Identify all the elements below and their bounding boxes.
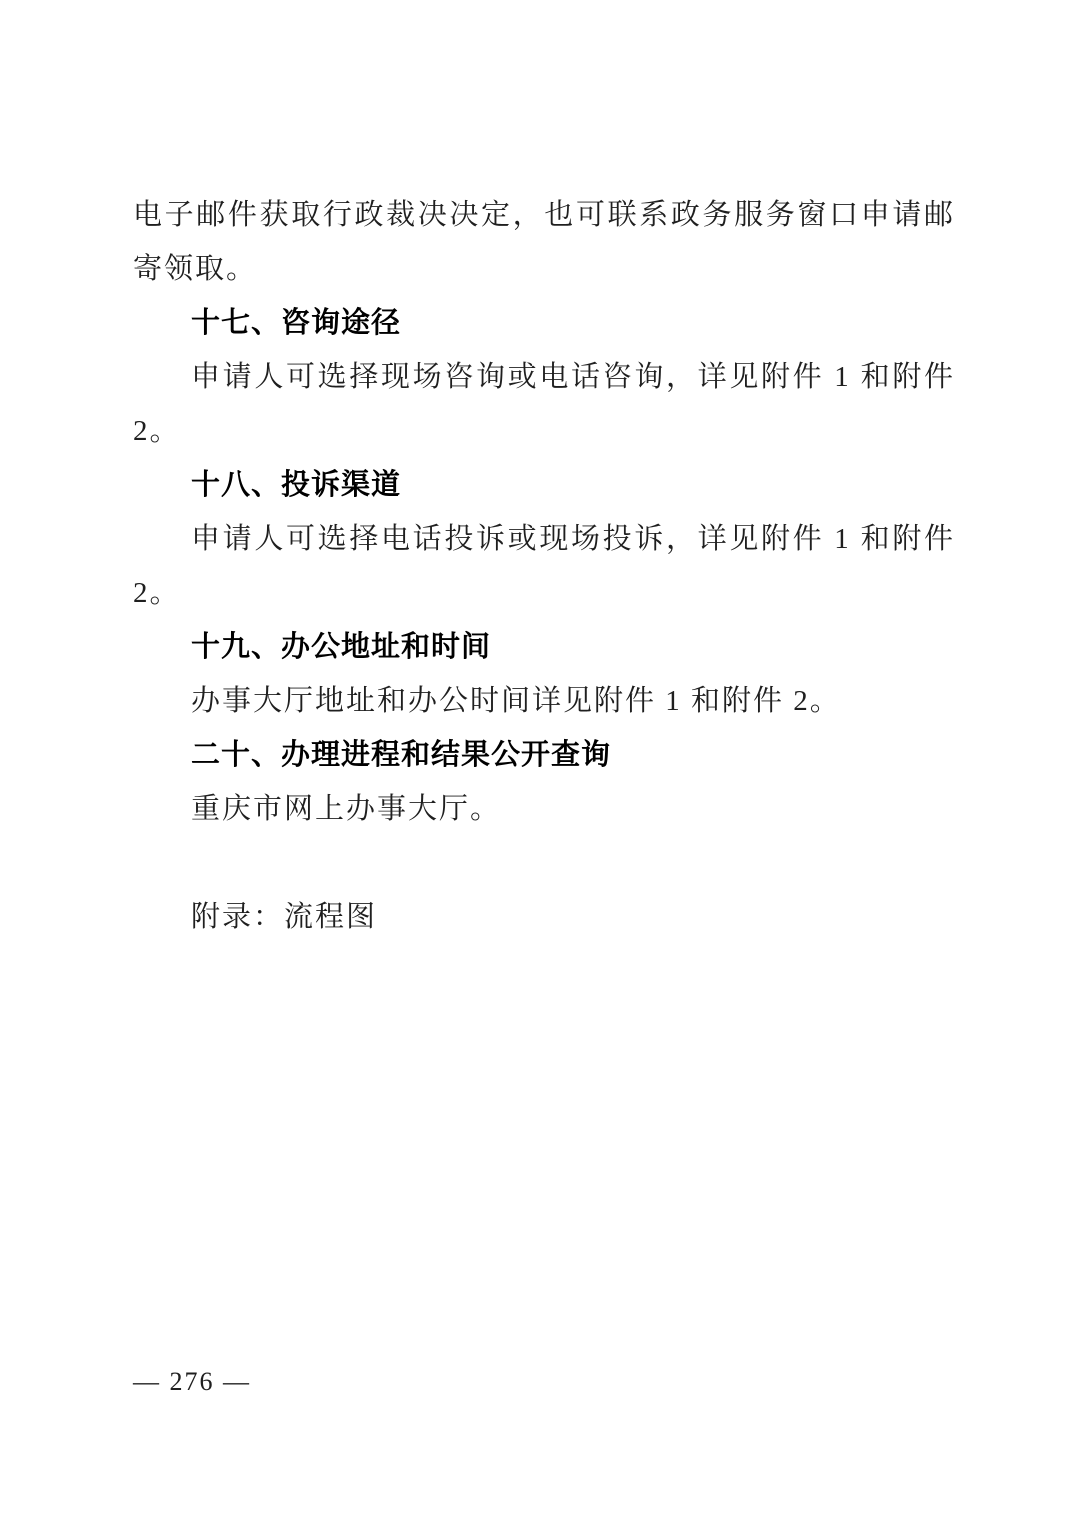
appendix-note: 附录：流程图 [133,890,955,944]
section-heading-17-consultation-channels: 十七、咨询途径 [133,296,955,350]
section-heading-19-office-address-hours: 十九、办公地址和时间 [133,620,955,674]
section-heading-20-progress-result-inquiry: 二十、办理进程和结果公开查询 [133,728,955,782]
page-number: — 276 — [133,1366,251,1398]
section-body-20-progress-result-inquiry: 重庆市网上办事大厅。 [133,782,955,836]
document-page: 电子邮件获取行政裁决决定，也可联系政务服务窗口申请邮寄领取。 十七、咨询途径 申… [0,0,1074,1520]
section-heading-18-complaint-channels: 十八、投诉渠道 [133,458,955,512]
section-body-18-complaint-channels: 申请人可选择电话投诉或现场投诉，详见附件 1 和附件 2。 [133,512,955,620]
paragraph-continuation: 电子邮件获取行政裁决决定，也可联系政务服务窗口申请邮寄领取。 [133,188,955,296]
section-body-19-office-address-hours: 办事大厅地址和办公时间详见附件 1 和附件 2。 [133,674,955,728]
section-body-17-consultation-channels: 申请人可选择现场咨询或电话咨询，详见附件 1 和附件 2。 [133,350,955,458]
